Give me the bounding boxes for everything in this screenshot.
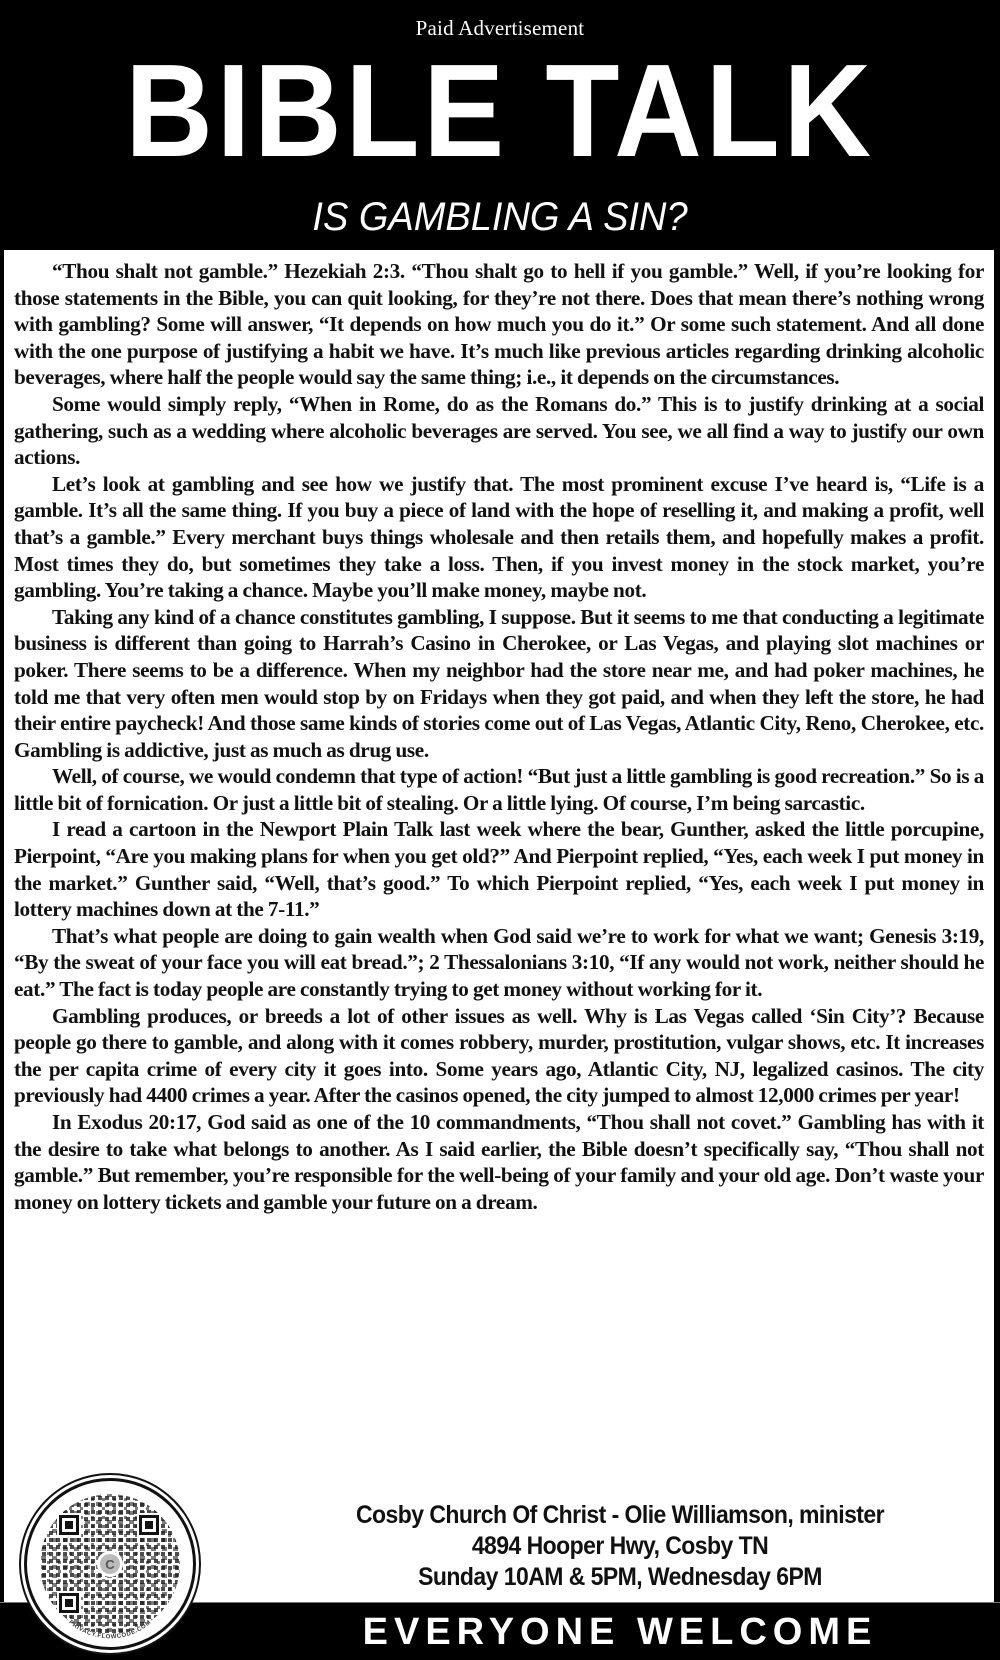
church-address: 4894 Hooper Hwy, Cosby TN [280, 1531, 961, 1562]
article-paragraph: Taking any kind of a chance constitutes … [14, 604, 984, 764]
page-title: BIBLE TALK [40, 46, 960, 176]
service-schedule: Sunday 10AM & 5PM, Wednesday 6PM [280, 1562, 961, 1593]
article-body: “Thou shalt not gamble.” Hezekiah 2:3. “… [14, 258, 984, 1215]
church-contact-block: Cosby Church Of Christ - Olie Williamson… [250, 1500, 990, 1593]
article-paragraph: “Thou shalt not gamble.” Hezekiah 2:3. “… [14, 258, 984, 391]
everyone-welcome-text: EVERYONE WELCOME [250, 1611, 990, 1654]
article-panel: “Thou shalt not gamble.” Hezekiah 2:3. “… [4, 250, 994, 1602]
qr-code-graphic: C PRIVACY.FLOWCODE.COM [27, 1481, 193, 1647]
qr-code-icon[interactable]: C PRIVACY.FLOWCODE.COM [24, 1478, 196, 1650]
article-paragraph: I read a cartoon in the Newport Plain Ta… [14, 816, 984, 922]
church-name-line: Cosby Church Of Christ - Olie Williamson… [280, 1500, 961, 1531]
ad-header: Paid Advertisement BIBLE TALK IS GAMBLIN… [0, 0, 1000, 250]
article-paragraph: Well, of course, we would condemn that t… [14, 763, 984, 816]
article-paragraph: Some would simply reply, “When in Rome, … [14, 391, 984, 471]
qr-center-letter: C [105, 1557, 115, 1572]
article-subtitle: IS GAMBLING A SIN? [25, 193, 975, 241]
article-paragraph: Let’s look at gambling and see how we ju… [14, 471, 984, 604]
article-paragraph: Gambling produces, or breeds a lot of ot… [14, 1003, 984, 1109]
article-paragraph: That’s what people are doing to gain wea… [14, 923, 984, 1003]
article-paragraph: In Exodus 20:17, God said as one of the … [14, 1109, 984, 1215]
